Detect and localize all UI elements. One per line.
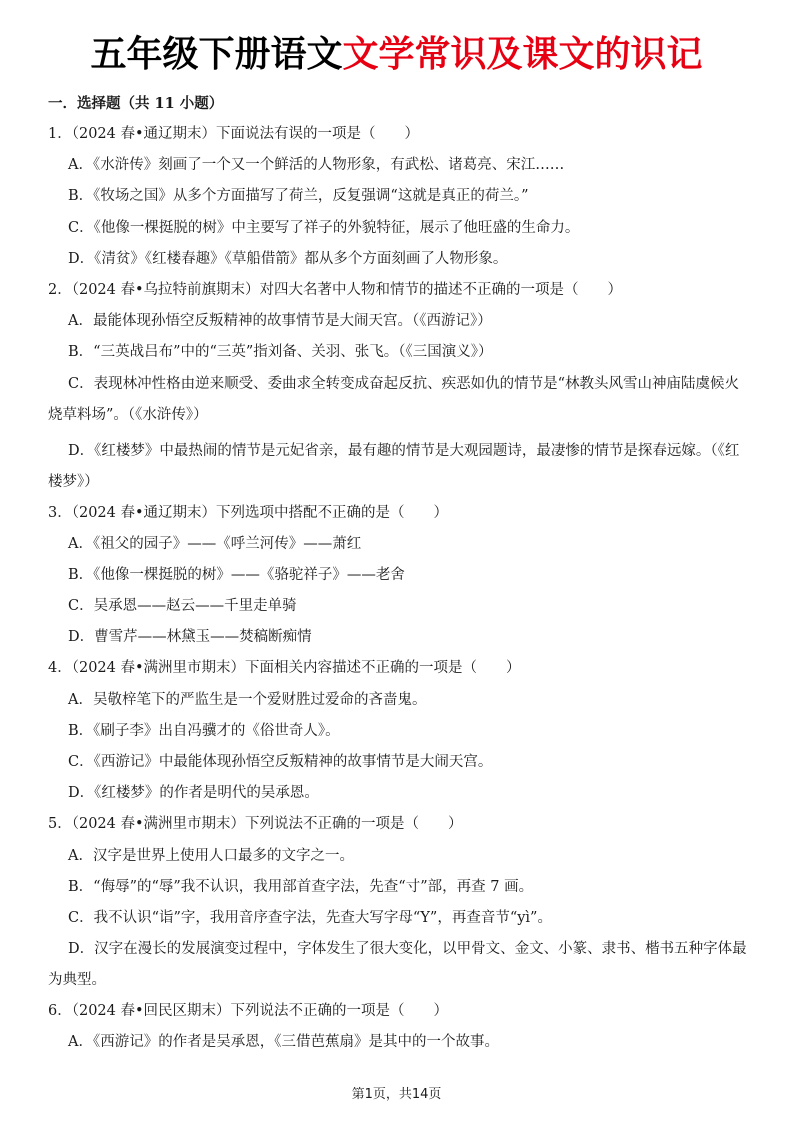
question-stem: 4．（2024 春•满洲里市期末）下面相关内容描述不正确的一项是（ ）: [48, 657, 748, 688]
question-option: C．吴承恩——赵云——千里走单骑: [48, 595, 748, 626]
question-option: C．《西游记》中最能体现孙悟空反叛精神的故事情节是大闹天宫。: [48, 751, 748, 782]
question-option: D．《红楼梦》中最热闹的情节是元妃省亲，最有趣的情节是大观园题诗，最凄惨的情节是…: [48, 436, 748, 498]
section-heading: 一．选择题（共 11 小题）: [48, 93, 223, 115]
question-option: D．汉字在漫长的发展演变过程中，字体发生了很大变化，以甲骨文、金文、小篆、隶书、…: [48, 934, 748, 996]
document-title: 五年级下册语文文学常识及课文的识记: [0, 30, 793, 80]
question-option: A．汉字是世界上使用人口最多的文字之一。: [48, 845, 748, 876]
question-option: A．《水浒传》刻画了一个又一个鲜活的人物形象，有武松、诸葛亮、宋江……: [48, 154, 748, 185]
question-option: C．表现林冲性格由逆来顺受、委曲求全转变成奋起反抗、疾恶如仇的情节是“林教头风雪…: [48, 369, 748, 431]
question-stem: 1．（2024 春•通辽期末）下面说法有误的一项是（ ）: [48, 123, 748, 154]
question-stem: 6．（2024 春•回民区期末）下列说法不正确的一项是（ ）: [48, 1000, 748, 1031]
question-option: D．《清贫》《红楼春趣》《草船借箭》都从多个方面刻画了人物形象。: [48, 248, 748, 279]
question-option: A．最能体现孙悟空反叛精神的故事情节是大闹天宫。（《西游记》）: [48, 310, 748, 341]
question-option: A．《祖父的园子》——《呼兰河传》——萧红: [48, 533, 748, 564]
question-option: C．《他像一棵挺脱的树》中主要写了祥子的外貌特征，展示了他旺盛的生命力。: [48, 217, 748, 248]
question-option: B．《他像一棵挺脱的树》——《骆驼祥子》——老舍: [48, 564, 748, 595]
title-black-part: 五年级下册语文: [90, 34, 342, 75]
question-option: B．《刷子李》出自冯骥才的《俗世奇人》。: [48, 720, 748, 751]
question-stem: 3．（2024 春•通辽期末）下列选项中搭配不正确的是（ ）: [48, 502, 748, 533]
question-option: B．“侮辱”的“辱”我不认识，我用部首查字法，先查“寸”部，再查 7 画。: [48, 876, 748, 907]
question-option: A．吴敬梓笔下的严监生是一个爱财胜过爱命的吝啬鬼。: [48, 689, 748, 720]
question-option: D．曹雪芹——林黛玉——焚稿断痴情: [48, 626, 748, 657]
title-red-part: 文学常识及课文的识记: [343, 34, 703, 75]
question-stem: 5．（2024 春•满洲里市期末）下列说法不正确的一项是（ ）: [48, 813, 748, 844]
question-list: 1．（2024 春•通辽期末）下面说法有误的一项是（ ） A．《水浒传》刻画了一…: [48, 123, 748, 1063]
question-stem: 2．（2024 春•乌拉特前旗期末）对四大名著中人物和情节的描述不正确的一项是（…: [48, 279, 748, 310]
question-option: D．《红楼梦》的作者是明代的吴承恩。: [48, 782, 748, 813]
page-indicator: 第1页，共14页: [0, 1083, 793, 1102]
question-option: A．《西游记》的作者是吴承恩，《三借芭蕉扇》是其中的一个故事。: [48, 1031, 748, 1062]
question-option: B．《牧场之国》从多个方面描写了荷兰，反复强调“这就是真正的荷兰。”: [48, 185, 748, 216]
